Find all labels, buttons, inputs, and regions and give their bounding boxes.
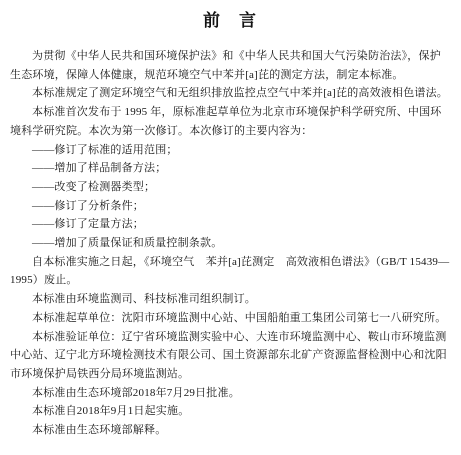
revision-list-item: ——增加了质量保证和质量控制条款。 xyxy=(10,234,450,253)
paragraph-scope: 本标准规定了测定环境空气和无组织排放监控点空气中苯并[a]芘的高效液相色谱法。 xyxy=(10,84,450,103)
paragraph-drafting-units: 本标准起草单位：沈阳市环境监测中心站、中国船舶重工集团公司第七一八研究所。 xyxy=(10,309,450,328)
paragraph-purpose: 为贯彻《中华人民共和国环境保护法》和《中华人民共和国大气污染防治法》，保护生态环… xyxy=(10,47,450,84)
revision-list-item: ——改变了检测器类型； xyxy=(10,178,450,197)
page-title: 前 言 xyxy=(10,9,450,32)
paragraph-approval-date: 本标准由生态环境部2018年7月29日批准。 xyxy=(10,384,450,403)
revision-list-item: ——增加了样品制备方法； xyxy=(10,159,450,178)
paragraph-verification-units: 本标准验证单位：辽宁省环境监测实验中心、大连市环境监测中心、鞍山市环境监测中心站… xyxy=(10,328,450,384)
revision-list-item: ——修订了定量方法； xyxy=(10,215,450,234)
document-page: 前 言 为贯彻《中华人民共和国环境保护法》和《中华人民共和国大气污染防治法》，保… xyxy=(0,0,461,455)
paragraph-organizer: 本标准由环境监测司、科技标准司组织制订。 xyxy=(10,290,450,309)
revision-list-item: ——修订了分析条件； xyxy=(10,197,450,216)
paragraph-history: 本标准首次发布于 1995 年，原标准起草单位为北京市环境保护科学研究所、中国环… xyxy=(10,103,450,140)
paragraph-interpretation: 本标准由生态环境部解释。 xyxy=(10,421,450,440)
paragraph-supersedes: 自本标准实施之日起，《环境空气 苯并[a]芘测定 高效液相色谱法》（GB/T 1… xyxy=(10,253,450,290)
paragraph-effective-date: 本标准自2018年9月1日起实施。 xyxy=(10,402,450,421)
revision-list-item: ——修订了标准的适用范围； xyxy=(10,141,450,160)
